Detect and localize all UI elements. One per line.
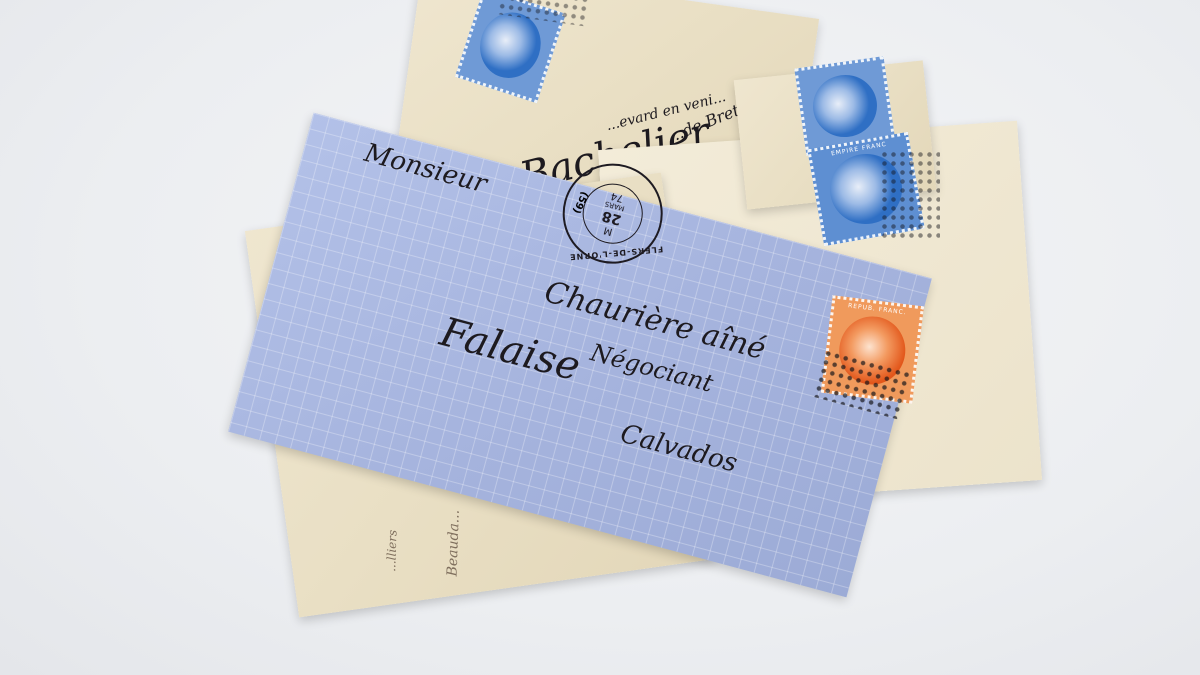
cancellation-marks — [880, 150, 940, 240]
postmark-town: FLERS-DE-L'ORNE — [568, 244, 664, 261]
address-department: Calvados — [617, 419, 740, 479]
stamp-portrait-icon — [809, 71, 881, 142]
photo-scene: Bachelier ...evard en veni... ...de Bret… — [0, 0, 1200, 675]
faded-address-line: ...lliers — [384, 530, 399, 572]
stamp-label: REPUB. FRANC. — [834, 301, 920, 318]
postmark-date: M 28 MARS 74 — [576, 177, 649, 250]
faded-address-line: Beauda... — [445, 510, 463, 577]
address-city: Falaise — [435, 309, 585, 390]
